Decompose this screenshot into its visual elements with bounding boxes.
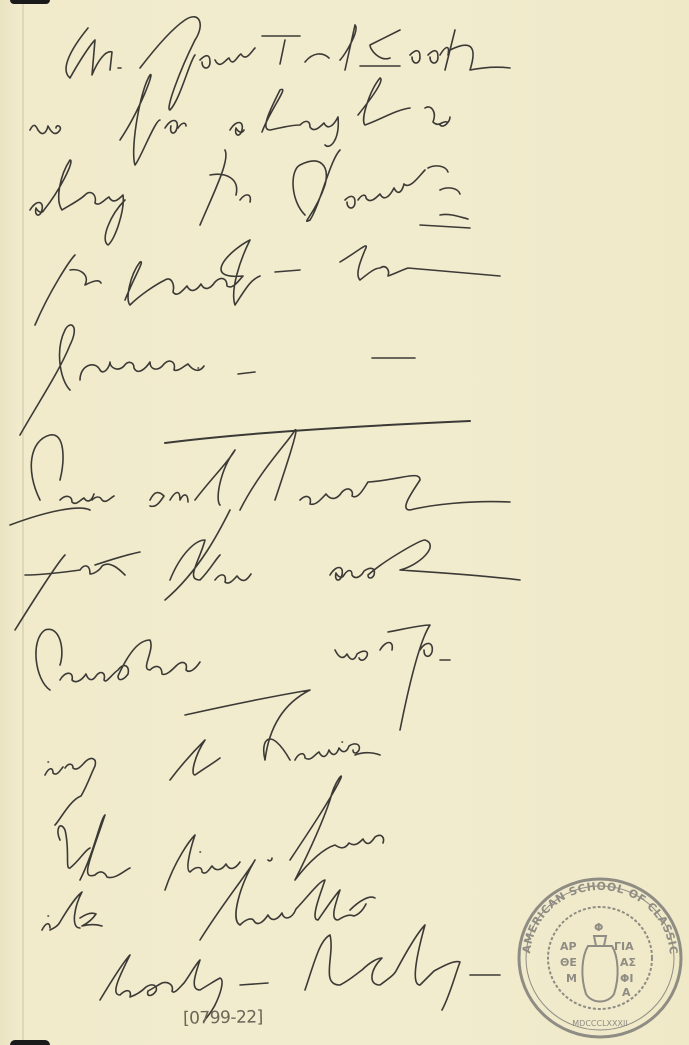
archive-reference-number: [0799-22] — [183, 1007, 263, 1028]
svg-text:ΘΕ: ΘΕ — [560, 956, 577, 969]
svg-text:ΑΡ: ΑΡ — [560, 940, 577, 953]
svg-text:ΦΙ: ΦΙ — [620, 972, 633, 985]
svg-text:Φ: Φ — [594, 921, 603, 934]
svg-text:AMERICAN SCHOOL OF CLASSICAL S: AMERICAN SCHOOL OF CLASSICAL STUDIES AT … — [516, 876, 680, 955]
svg-text:ΑΣ: ΑΣ — [620, 956, 636, 969]
svg-text:ΓΙΑ: ΓΙΑ — [614, 940, 634, 953]
institution-seal-stamp: AMERICAN SCHOOL OF CLASSICAL STUDIES AT … — [516, 876, 684, 1040]
svg-text:Α: Α — [622, 986, 631, 999]
svg-text:Μ: Μ — [566, 972, 577, 985]
svg-text:MDCCCLXXXII: MDCCCLXXXII — [572, 1019, 627, 1028]
letter-page: Mrs. Gouritch took us for a long drive a… — [0, 0, 689, 1045]
